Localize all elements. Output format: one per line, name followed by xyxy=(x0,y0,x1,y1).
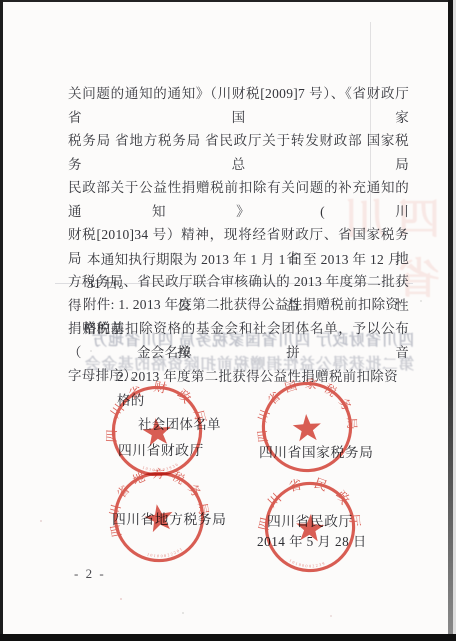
scanned-document-page: 四川省 四川省财政厅 四川省国家税务局 四川省地方 第二批获得公益性捐赠税前扣除… xyxy=(0,0,456,641)
scan-edge-right xyxy=(448,0,453,637)
official-seal-civil-affairs: 四川省民政厅 5101000822392 xyxy=(256,473,365,582)
body-text-line: 民政部关于公益性捐赠税前扣除有关问题的补充通知的通知》(川 xyxy=(68,176,409,223)
scan-edge-left xyxy=(0,0,3,641)
attachment-line: 附件: 1. 2013 年度第二批获得公益性捐赠税前扣除资格的基 xyxy=(68,293,409,341)
attachment-line: 金会名单 xyxy=(68,341,409,365)
official-seal-state-tax: 四川省国家税务局 xyxy=(253,373,362,482)
body-text-line: 税务局 省地方税务局 省民政厅关于转发财政部 国家税务总局 xyxy=(68,129,409,176)
scan-edge-bottom xyxy=(0,634,456,641)
star-icon xyxy=(295,513,325,542)
body-text-line: 本通知执行期限为 2013 年 1 月 1 日至 2013 年 12 月 31 … xyxy=(68,248,409,295)
execution-period-paragraph: 本通知执行期限为 2013 年 1 月 1 日至 2013 年 12 月 31 … xyxy=(68,248,409,295)
star-icon xyxy=(143,502,175,533)
official-seal-local-tax: 四川省地方税务局 5101008222017 xyxy=(100,458,218,576)
scan-edge-top xyxy=(0,0,456,2)
page-number: - 2 - xyxy=(74,566,106,582)
star-icon xyxy=(292,413,322,442)
star-icon xyxy=(142,417,173,447)
body-text-line: 关问题的通知的通知》（川财税[2009]7 号）、《省财政厅 省国家 xyxy=(68,82,409,129)
